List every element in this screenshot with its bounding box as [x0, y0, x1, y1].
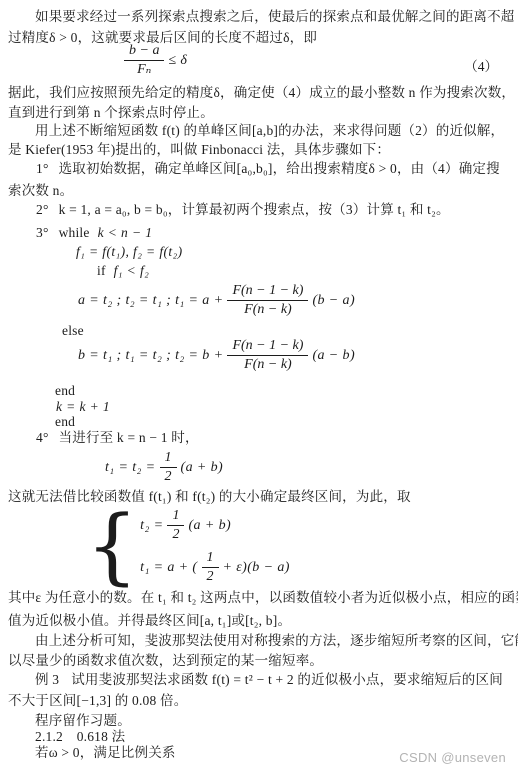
end-keyword-inner: end: [55, 382, 75, 399]
para2-line2: 直到进行到第 n 个探索点时停止。: [8, 104, 214, 121]
para5-line1: 其中ε 为任意小的数。在 t₁ 和 t₂ 这两点中，以函数值较小者为近似极小点，…: [8, 589, 518, 606]
case-row-2: t₁ = a + ( 1 2 + ε)(b − a): [140, 550, 290, 585]
fraction-denominator: F(n − k): [239, 356, 297, 373]
end-keyword-outer: end: [55, 413, 75, 430]
branch-b-factor: (a − b): [312, 348, 355, 364]
step1-marker: 1°: [36, 161, 49, 176]
case-row-1: t₂ = 1 2 (a + b): [140, 508, 290, 543]
case-system: { t₂ = 1 2 (a + b) t₁ = a + ( 1 2 + ε)(b…: [86, 508, 290, 585]
fraction-denominator: Fₙ: [132, 61, 156, 78]
fraction-denominator: 2: [160, 468, 177, 485]
if-condition: f₁ < f₂: [114, 263, 150, 278]
fraction-numerator: F(n − 1 − k): [227, 283, 308, 301]
branch-a-formula: a = t₂ ; t₂ = t₁ ; t₁ = a + F(n − 1 − k)…: [78, 283, 355, 318]
para5-line2: 值为近似极小值。并得最终区间[a, t₁]或[t₂, b]。: [8, 612, 291, 629]
function-eval-line: f₁ = f(t₁), f₂ = f(t₂): [76, 243, 183, 260]
case1-factor: (a + b): [188, 518, 231, 534]
para6-line1: 由上述分析可知，斐波那契法使用对称搜索的方法，逐步缩短所考察的区间，它能: [35, 632, 518, 649]
branch-b-lhs: b = t₁ ; t₁ = t₂ ; t₂ = b +: [78, 348, 223, 364]
if-line: iff₁ < f₂: [97, 262, 149, 279]
para9-line: 若ω > 0，满足比例关系: [35, 744, 176, 761]
branch-a-factor: (b − a): [312, 293, 355, 309]
step4-marker: 4°: [36, 430, 49, 445]
para1-line1: 如果要求经过一系列探索点搜索之后，使最后的探索点和最优解之间的距离不超: [35, 8, 515, 25]
fraction: b − a Fₙ: [124, 43, 164, 78]
fraction: 1 2: [202, 550, 219, 585]
equation-4: b − a Fₙ ≤ δ: [120, 43, 187, 78]
section-heading-212: 2.1.2 0.618 法: [35, 728, 125, 745]
fraction-numerator: 1: [160, 450, 177, 468]
fraction-numerator: b − a: [124, 43, 164, 61]
para4-line: 这就无法借比较函数值 f(t₁) 和 f(t₂) 的大小确定最终区间，为此，取: [8, 488, 411, 505]
fraction: F(n − 1 − k) F(n − k): [227, 283, 308, 318]
case-rows: t₂ = 1 2 (a + b) t₁ = a + ( 1 2 + ε)(b −…: [140, 508, 290, 585]
example3-text: 试用斐波那契法求函数 f(t) = t² − t + 2 的近似极小点，要求缩短…: [71, 672, 503, 687]
step1-line2: 索次数 n。: [8, 182, 73, 199]
step3-line: 3°whilek < n − 1: [36, 224, 152, 241]
case2-lhs: t₁ = a + (: [140, 560, 197, 576]
while-keyword: while: [59, 225, 90, 240]
midpoint-lhs: t₁ = t₂ =: [105, 460, 156, 476]
equation-relation: ≤ δ: [168, 53, 187, 69]
program-note-line: 程序留作习题。: [35, 712, 131, 729]
step1-text: 选取初始数据，确定单峰区间[a₀,b₀]，给出搜索精度δ > 0，由（4）确定搜: [59, 161, 500, 176]
case2-factor: + ε)(b − a): [223, 560, 290, 576]
midpoint-formula: t₁ = t₂ = 1 2 (a + b): [105, 450, 223, 485]
branch-b-formula: b = t₁ ; t₁ = t₂ ; t₂ = b + F(n − 1 − k)…: [78, 338, 355, 373]
fraction: F(n − 1 − k) F(n − k): [227, 338, 308, 373]
para3-line1: 用上述不断缩短函数 f(t) 的单峰区间[a,b]的办法，来求得问题（2）的近似…: [35, 122, 504, 139]
while-condition: k < n − 1: [98, 225, 153, 240]
midpoint-factor: (a + b): [181, 460, 224, 476]
fraction-numerator: 1: [167, 508, 184, 526]
csdn-watermark: CSDN @unseven: [399, 750, 506, 765]
equation-number: （4）: [464, 55, 498, 75]
document-page: 如果要求经过一系列探索点搜索之后，使最后的探索点和最优解之间的距离不超 过精度δ…: [0, 0, 518, 773]
branch-a-lhs: a = t₂ ; t₂ = t₁ ; t₁ = a +: [78, 293, 223, 309]
step2-line: 2°k = 1, a = a₀, b = b₀，计算最初两个搜索点，按（3）计算…: [36, 201, 450, 218]
para3-line2: 是 Kiefer(1953 年)提出的，叫做 Finbonacci 法，具体步骤…: [8, 141, 390, 158]
para2-line1: 据此，我们应按照预先给定的精度δ，确定使（4）成立的最小整数 n 作为搜索次数，: [8, 84, 515, 101]
step3-marker: 3°: [36, 225, 49, 240]
step4-line: 4°当进行至 k = n − 1 时，: [36, 429, 199, 446]
else-keyword: else: [62, 322, 84, 339]
left-brace: {: [86, 509, 138, 585]
fraction: 1 2: [167, 508, 184, 543]
fraction-denominator: F(n − k): [239, 301, 297, 318]
step4-text: 当进行至 k = n − 1 时，: [59, 430, 199, 445]
step2-text: k = 1, a = a₀, b = b₀，计算最初两个搜索点，按（3）计算 t…: [59, 202, 450, 217]
step1-line: 1°选取初始数据，确定单峰区间[a₀,b₀]，给出搜索精度δ > 0，由（4）确…: [36, 160, 500, 177]
fraction-denominator: 2: [202, 568, 219, 585]
para6-line2: 以尽量少的函数求值次数，达到预定的某一缩短率。: [8, 652, 323, 669]
fraction-numerator: F(n − 1 − k): [227, 338, 308, 356]
fraction: 1 2: [160, 450, 177, 485]
fraction-denominator: 2: [167, 526, 184, 543]
example3-label: 例 3: [35, 672, 59, 687]
if-keyword: if: [97, 263, 106, 278]
example3-line1: 例 3试用斐波那契法求函数 f(t) = t² − t + 2 的近似极小点，要…: [35, 671, 503, 688]
example3-line2: 不大于区间[−1,3] 的 0.08 倍。: [8, 692, 187, 709]
case1-lhs: t₂ =: [140, 518, 163, 534]
step2-marker: 2°: [36, 202, 49, 217]
fraction-numerator: 1: [202, 550, 219, 568]
